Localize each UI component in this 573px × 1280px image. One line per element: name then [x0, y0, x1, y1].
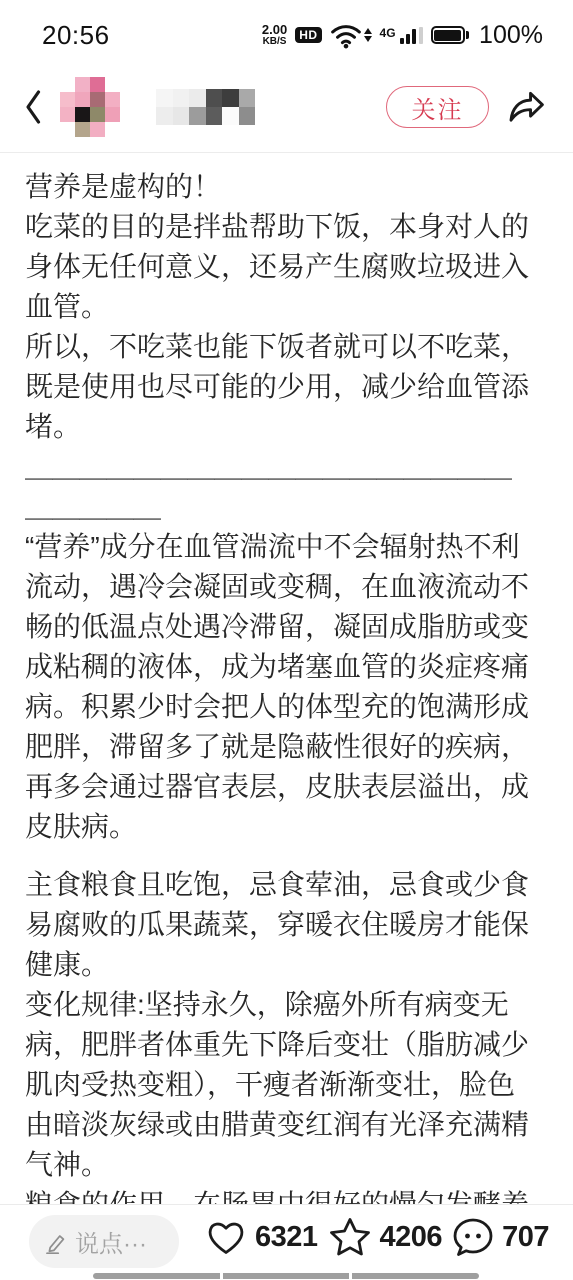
status-icons: 2.00 KB/S HD 4G	[262, 21, 543, 50]
collect-button[interactable]: 4206	[328, 1216, 443, 1258]
comment-placeholder: 说点···	[75, 1224, 147, 1259]
cellular-signal-icon: 4G	[380, 27, 423, 44]
comment-button[interactable]: 707	[452, 1217, 549, 1257]
underscore-divider: ＿＿＿＿＿＿＿＿＿＿＿＿＿＿＿＿＿＿＿＿＿＿＿	[25, 447, 537, 527]
network-type-label: 4G	[380, 27, 396, 39]
network-speed-unit: KB/S	[263, 37, 287, 47]
comment-count: 707	[502, 1221, 549, 1254]
avatar[interactable]	[60, 77, 120, 137]
back-button[interactable]	[24, 89, 42, 125]
network-speed: 2.00 KB/S	[262, 23, 287, 47]
bottom-action-bar: 说点··· 6321 4206 707	[0, 1204, 573, 1280]
like-count: 6321	[255, 1221, 318, 1254]
post-paragraph: 吃菜的目的是拌盐帮助下饭，本身对人的身体无任何意义，还易产生腐败垃圾进入血管。	[25, 207, 537, 327]
comment-bubble-icon	[452, 1217, 494, 1257]
clock-time: 20:56	[42, 20, 262, 51]
pencil-icon	[43, 1230, 67, 1254]
heart-icon	[205, 1218, 247, 1256]
post-paragraph: 所以，不吃菜也能下饭者就可以不吃菜，既是使用也尽可能的少用，减少给血管添堵。	[25, 327, 537, 447]
app-screen: 20:56 2.00 KB/S HD 4G	[0, 0, 573, 1280]
post-paragraph: 主食粮食且吃饱，忌食荤油，忌食或少食易腐败的瓜果蔬菜，穿暖衣住暖房才能保健康。	[25, 865, 537, 985]
post-paragraph-clipped: 粮食的作用，在肠胃中很好的慢匀发酵养	[25, 1185, 537, 1204]
post-body: 营养是虚构的！ 吃菜的目的是拌盐帮助下饭，本身对人的身体无任何意义，还易产生腐败…	[0, 153, 573, 1204]
follow-button[interactable]: 关注	[386, 86, 489, 128]
sim2-signal-bar	[419, 27, 423, 44]
data-transfer-arrows-icon	[364, 28, 372, 42]
share-button[interactable]	[506, 87, 546, 127]
star-icon	[328, 1216, 372, 1258]
post-title-line: 营养是虚构的！	[25, 167, 537, 207]
engagement-actions: 6321 4206 707	[205, 1205, 549, 1269]
battery-percent: 100%	[479, 21, 543, 50]
post-paragraph: “营养”成分在血管湍流中不会辐射热不利流动，遇冷会凝固或变稠，在血液流动不畅的低…	[25, 527, 537, 847]
username-pixelated[interactable]	[156, 89, 255, 125]
network-speed-value: 2.00	[262, 23, 287, 36]
wifi-icon	[330, 22, 372, 49]
post-paragraph: 变化规律:坚持永久，除癌外所有病变无病，肥胖者体重先下降后变壮（脂肪减少肌肉受热…	[25, 985, 537, 1185]
collect-count: 4206	[380, 1221, 443, 1254]
comment-input[interactable]: 说点···	[29, 1215, 179, 1268]
status-bar: 20:56 2.00 KB/S HD 4G	[0, 0, 573, 62]
like-button[interactable]: 6321	[205, 1218, 318, 1256]
hd-volte-icon: HD	[295, 27, 321, 43]
nav-header: 关注	[0, 62, 573, 153]
home-indicator-bar[interactable]	[93, 1273, 479, 1279]
battery-icon	[431, 26, 470, 44]
